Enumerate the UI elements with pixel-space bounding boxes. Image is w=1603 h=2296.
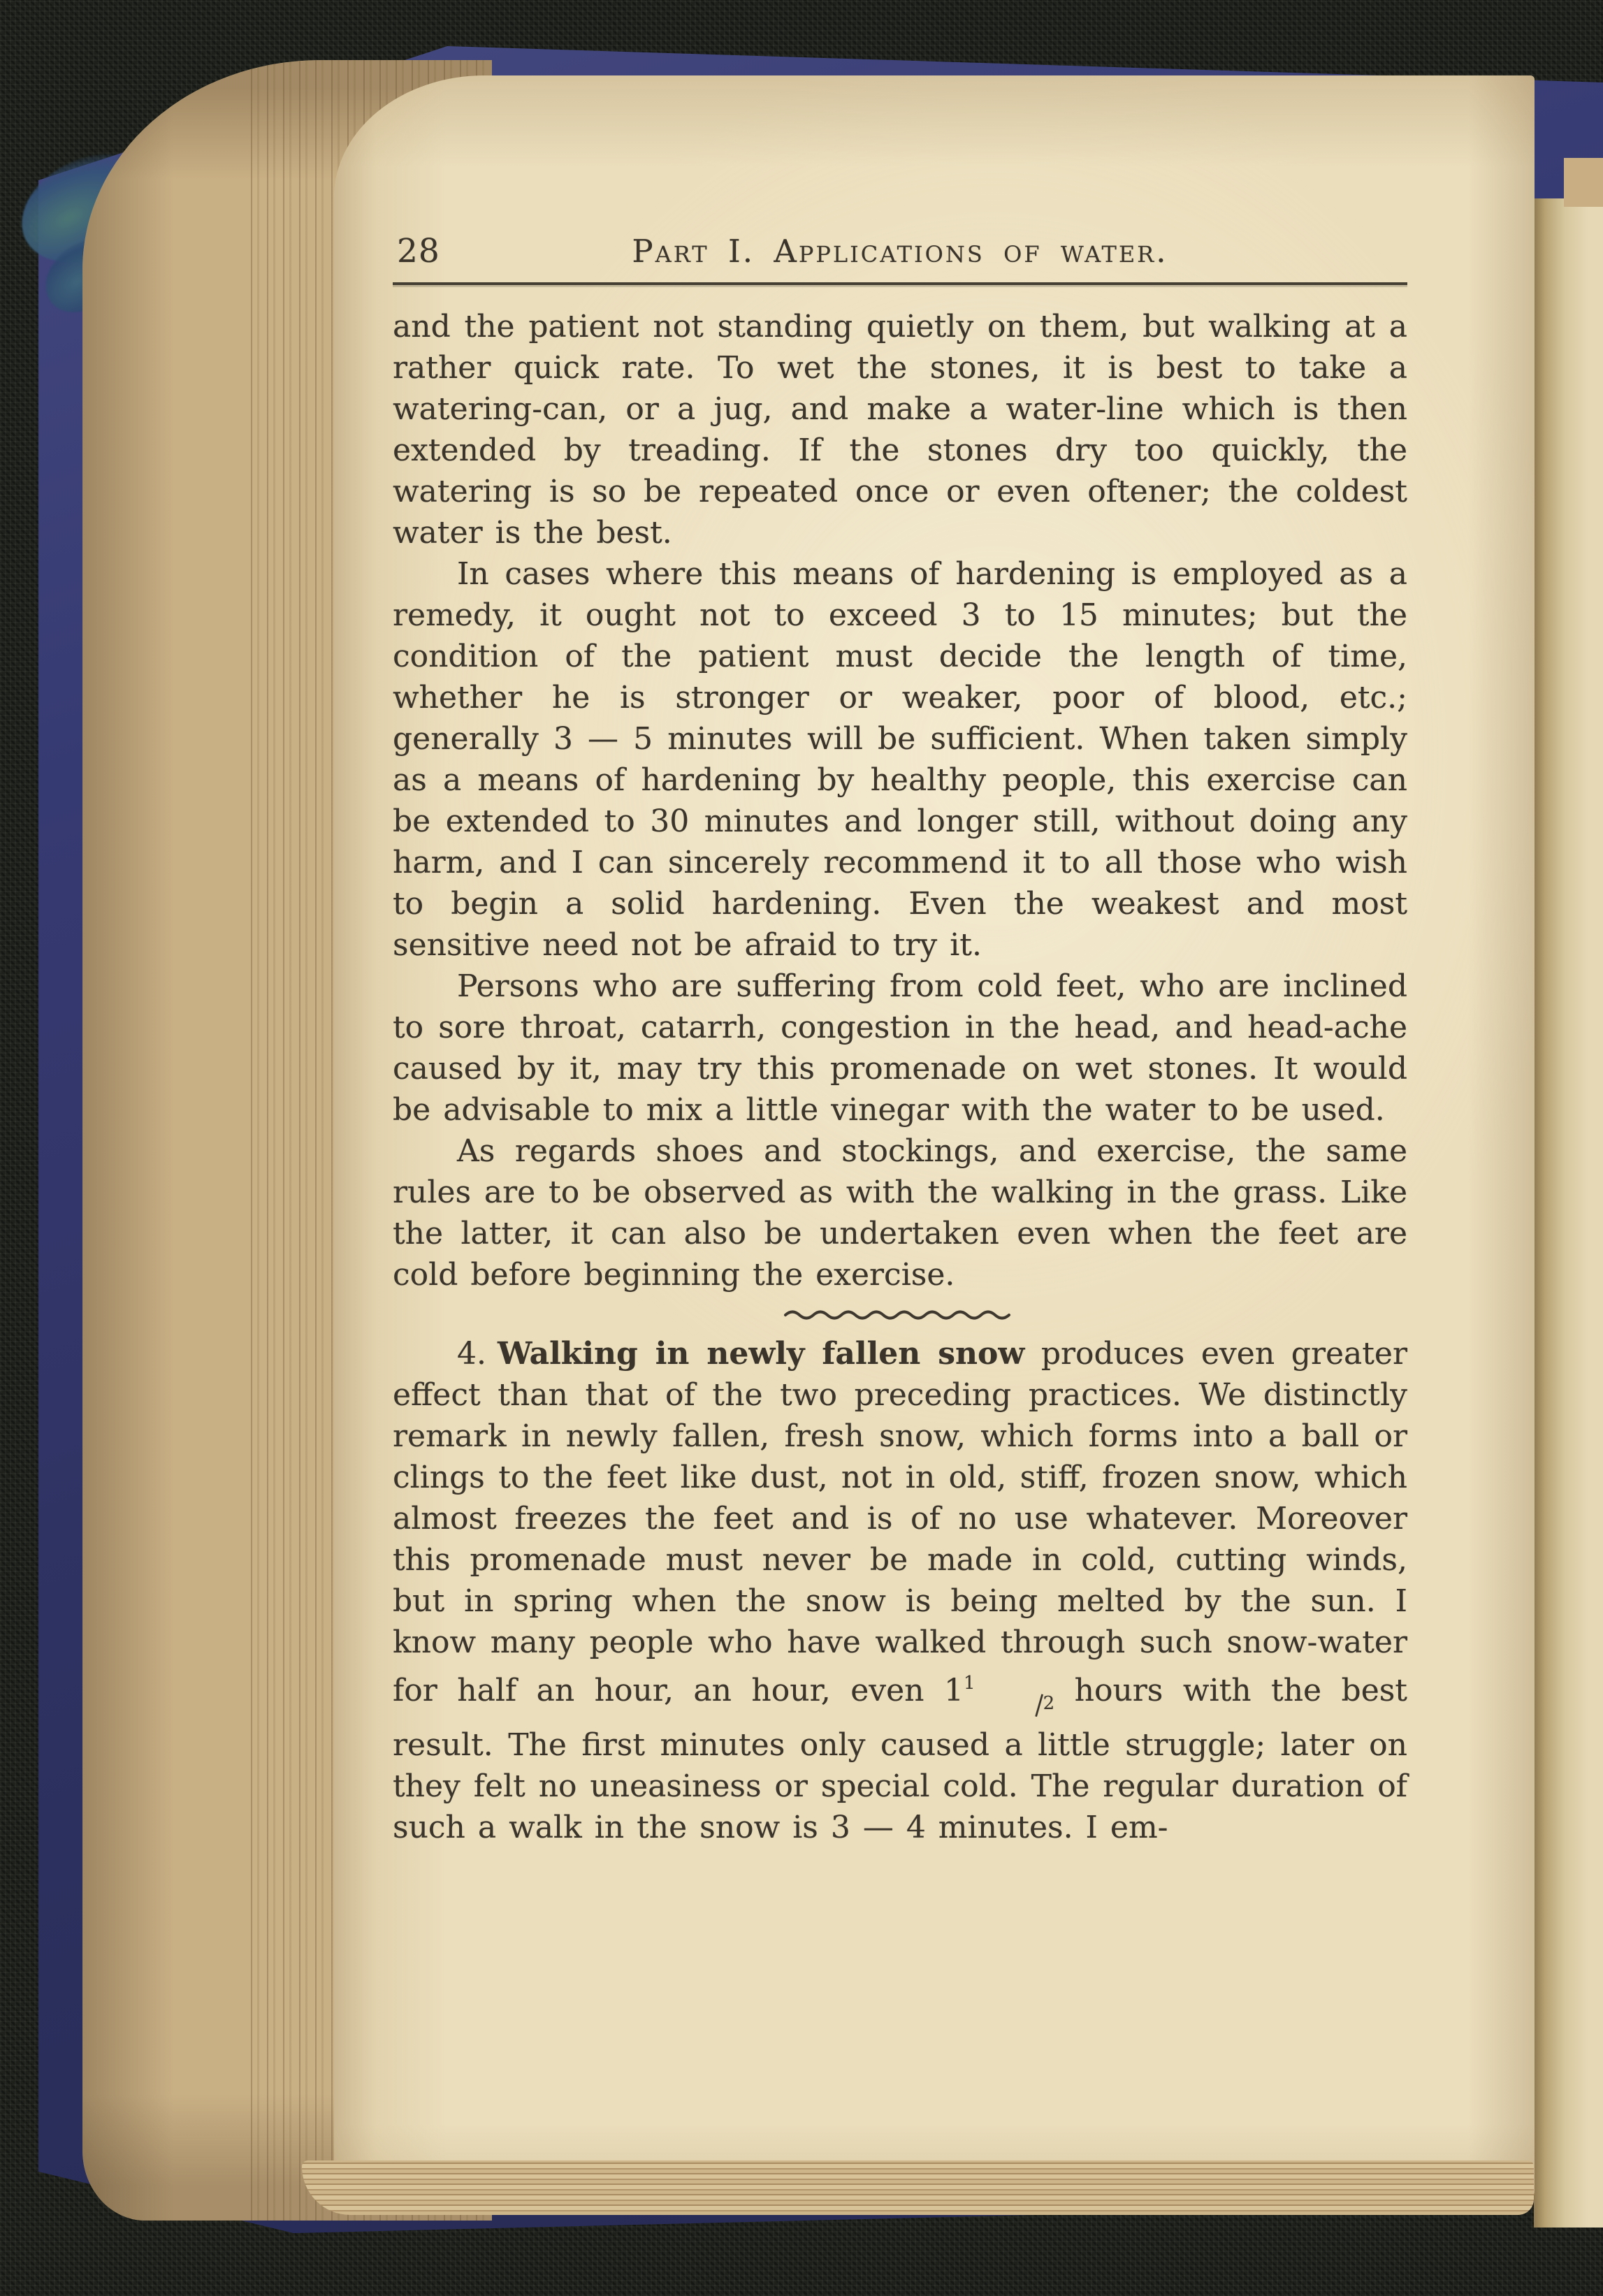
section-heading: Walking in newly fallen snow: [498, 1336, 1024, 1372]
running-title: Part I. Applications of water.: [393, 231, 1407, 272]
paragraph: As regards shoes and stockings, and exer…: [393, 1131, 1407, 1295]
book-page: 28 Part I. Applications of water. and th…: [334, 75, 1535, 2201]
header-rule: [393, 282, 1407, 285]
section-body-before-fraction: produces even greater effect than that o…: [393, 1336, 1407, 1708]
section-4-paragraph: 4.Walking in newly fallen snow produces …: [393, 1333, 1407, 1848]
paragraph: In cases where this means of hardening i…: [393, 553, 1407, 966]
wavy-divider: [393, 1307, 1407, 1321]
page-header: 28 Part I. Applications of water.: [393, 231, 1407, 274]
page-bottom-edges: [302, 2160, 1534, 2215]
section-number: 4.: [457, 1336, 486, 1372]
facing-page-sliver: [1534, 198, 1603, 2228]
page-number: 28: [397, 231, 440, 272]
facing-page-corner: [1564, 158, 1603, 207]
fraction-separator: |: [969, 1665, 1049, 1724]
book-photo: 28 Part I. Applications of water. and th…: [0, 0, 1603, 2296]
paragraph: and the patient not standing quietly on …: [393, 306, 1407, 553]
fraction-whole: 1: [944, 1673, 964, 1708]
fraction-one-and-a-half: 11|2: [944, 1673, 1054, 1708]
printed-text-block: 28 Part I. Applications of water. and th…: [393, 231, 1407, 1848]
paragraph: Persons who are suffering from cold feet…: [393, 966, 1407, 1131]
